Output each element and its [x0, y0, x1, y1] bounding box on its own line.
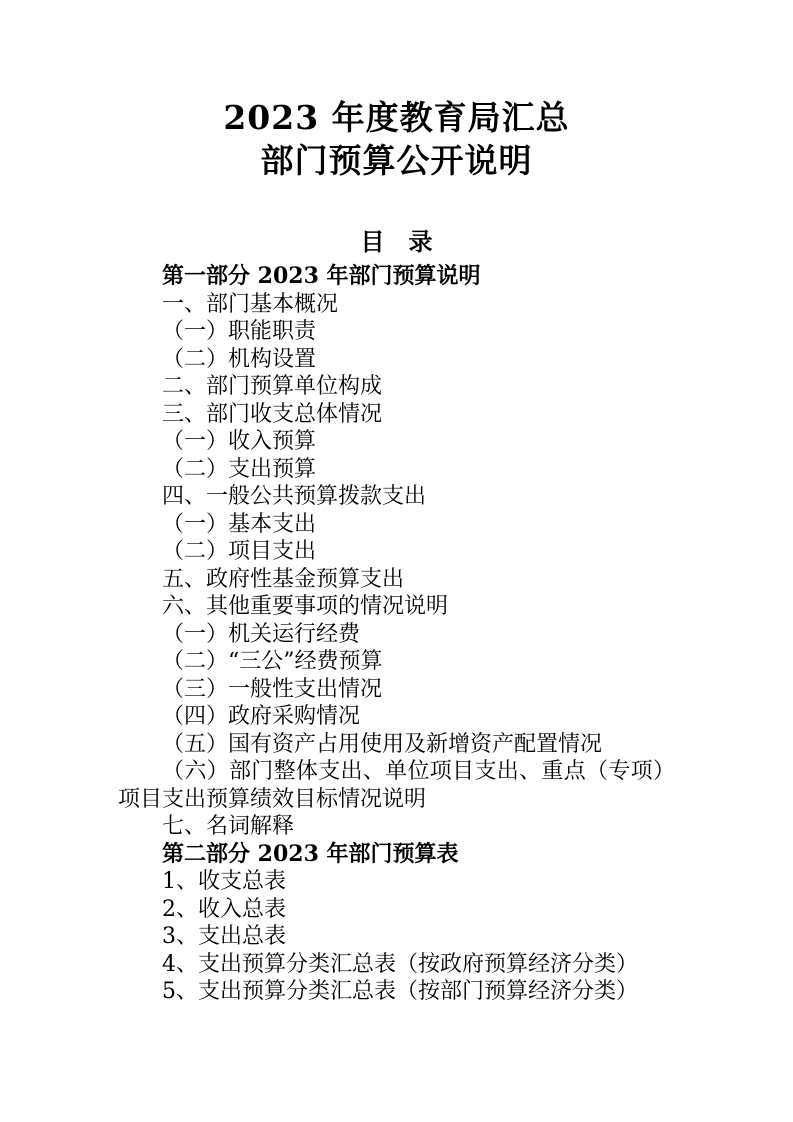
- toc-entry: （一）机关运行经费: [118, 621, 675, 649]
- toc-entry: （四）政府采购情况: [118, 703, 675, 731]
- toc-entry: 六、其他重要事项的情况说明: [118, 593, 675, 621]
- toc-entry: 七、名词解释: [118, 813, 675, 841]
- toc-entry: （一）职能职责: [118, 318, 675, 346]
- toc-entry: （二）支出预算: [118, 456, 675, 484]
- toc-entry: 3、支出总表: [118, 923, 675, 951]
- toc-entry: 4、支出预算分类汇总表（按政府预算经济分类）: [118, 951, 675, 979]
- toc-entry: 二、部门预算单位构成: [118, 373, 675, 401]
- toc-part-heading: 第二部分 2023 年部门预算表: [118, 841, 675, 869]
- toc-entry: 2、收入总表: [118, 896, 675, 924]
- toc-entry: 5、支出预算分类汇总表（按部门预算经济分类）: [118, 978, 675, 1006]
- toc-entry: （二）“三公”经费预算: [118, 648, 675, 676]
- toc-entry: （三）一般性支出情况: [118, 676, 675, 704]
- toc-part-heading: 第一部分 2023 年部门预算说明: [118, 263, 675, 291]
- toc-entry: 一、部门基本概况: [118, 291, 675, 319]
- document-page: 2023 年度教育局汇总 部门预算公开说明 目 录 第一部分 2023 年部门预…: [0, 0, 793, 1122]
- toc-entry: 1、收支总表: [118, 868, 675, 896]
- toc-entry: （五）国有资产占用使用及新增资产配置情况: [118, 731, 675, 759]
- toc-entry: （一）基本支出: [118, 511, 675, 539]
- toc-entry: （六）部门整体支出、单位项目支出、重点（专项）: [118, 758, 675, 786]
- toc-heading: 目 录: [0, 227, 793, 257]
- toc-entry: 四、一般公共预算拨款支出: [118, 483, 675, 511]
- toc-entry: 五、政府性基金预算支出: [118, 566, 675, 594]
- toc-entry: 项目支出预算绩效目标情况说明: [118, 786, 675, 814]
- toc-entry: 三、部门收支总体情况: [118, 401, 675, 429]
- toc-entry: （一）收入预算: [118, 428, 675, 456]
- toc-entry: （二）机构设置: [118, 346, 675, 374]
- table-of-contents: 第一部分 2023 年部门预算说明一、部门基本概况（一）职能职责（二）机构设置二…: [118, 263, 675, 1006]
- toc-entry: （二）项目支出: [118, 538, 675, 566]
- document-title-line2: 部门预算公开说明: [0, 139, 793, 182]
- document-title: 2023 年度教育局汇总 部门预算公开说明: [0, 0, 793, 182]
- document-title-line1: 2023 年度教育局汇总: [0, 96, 793, 139]
